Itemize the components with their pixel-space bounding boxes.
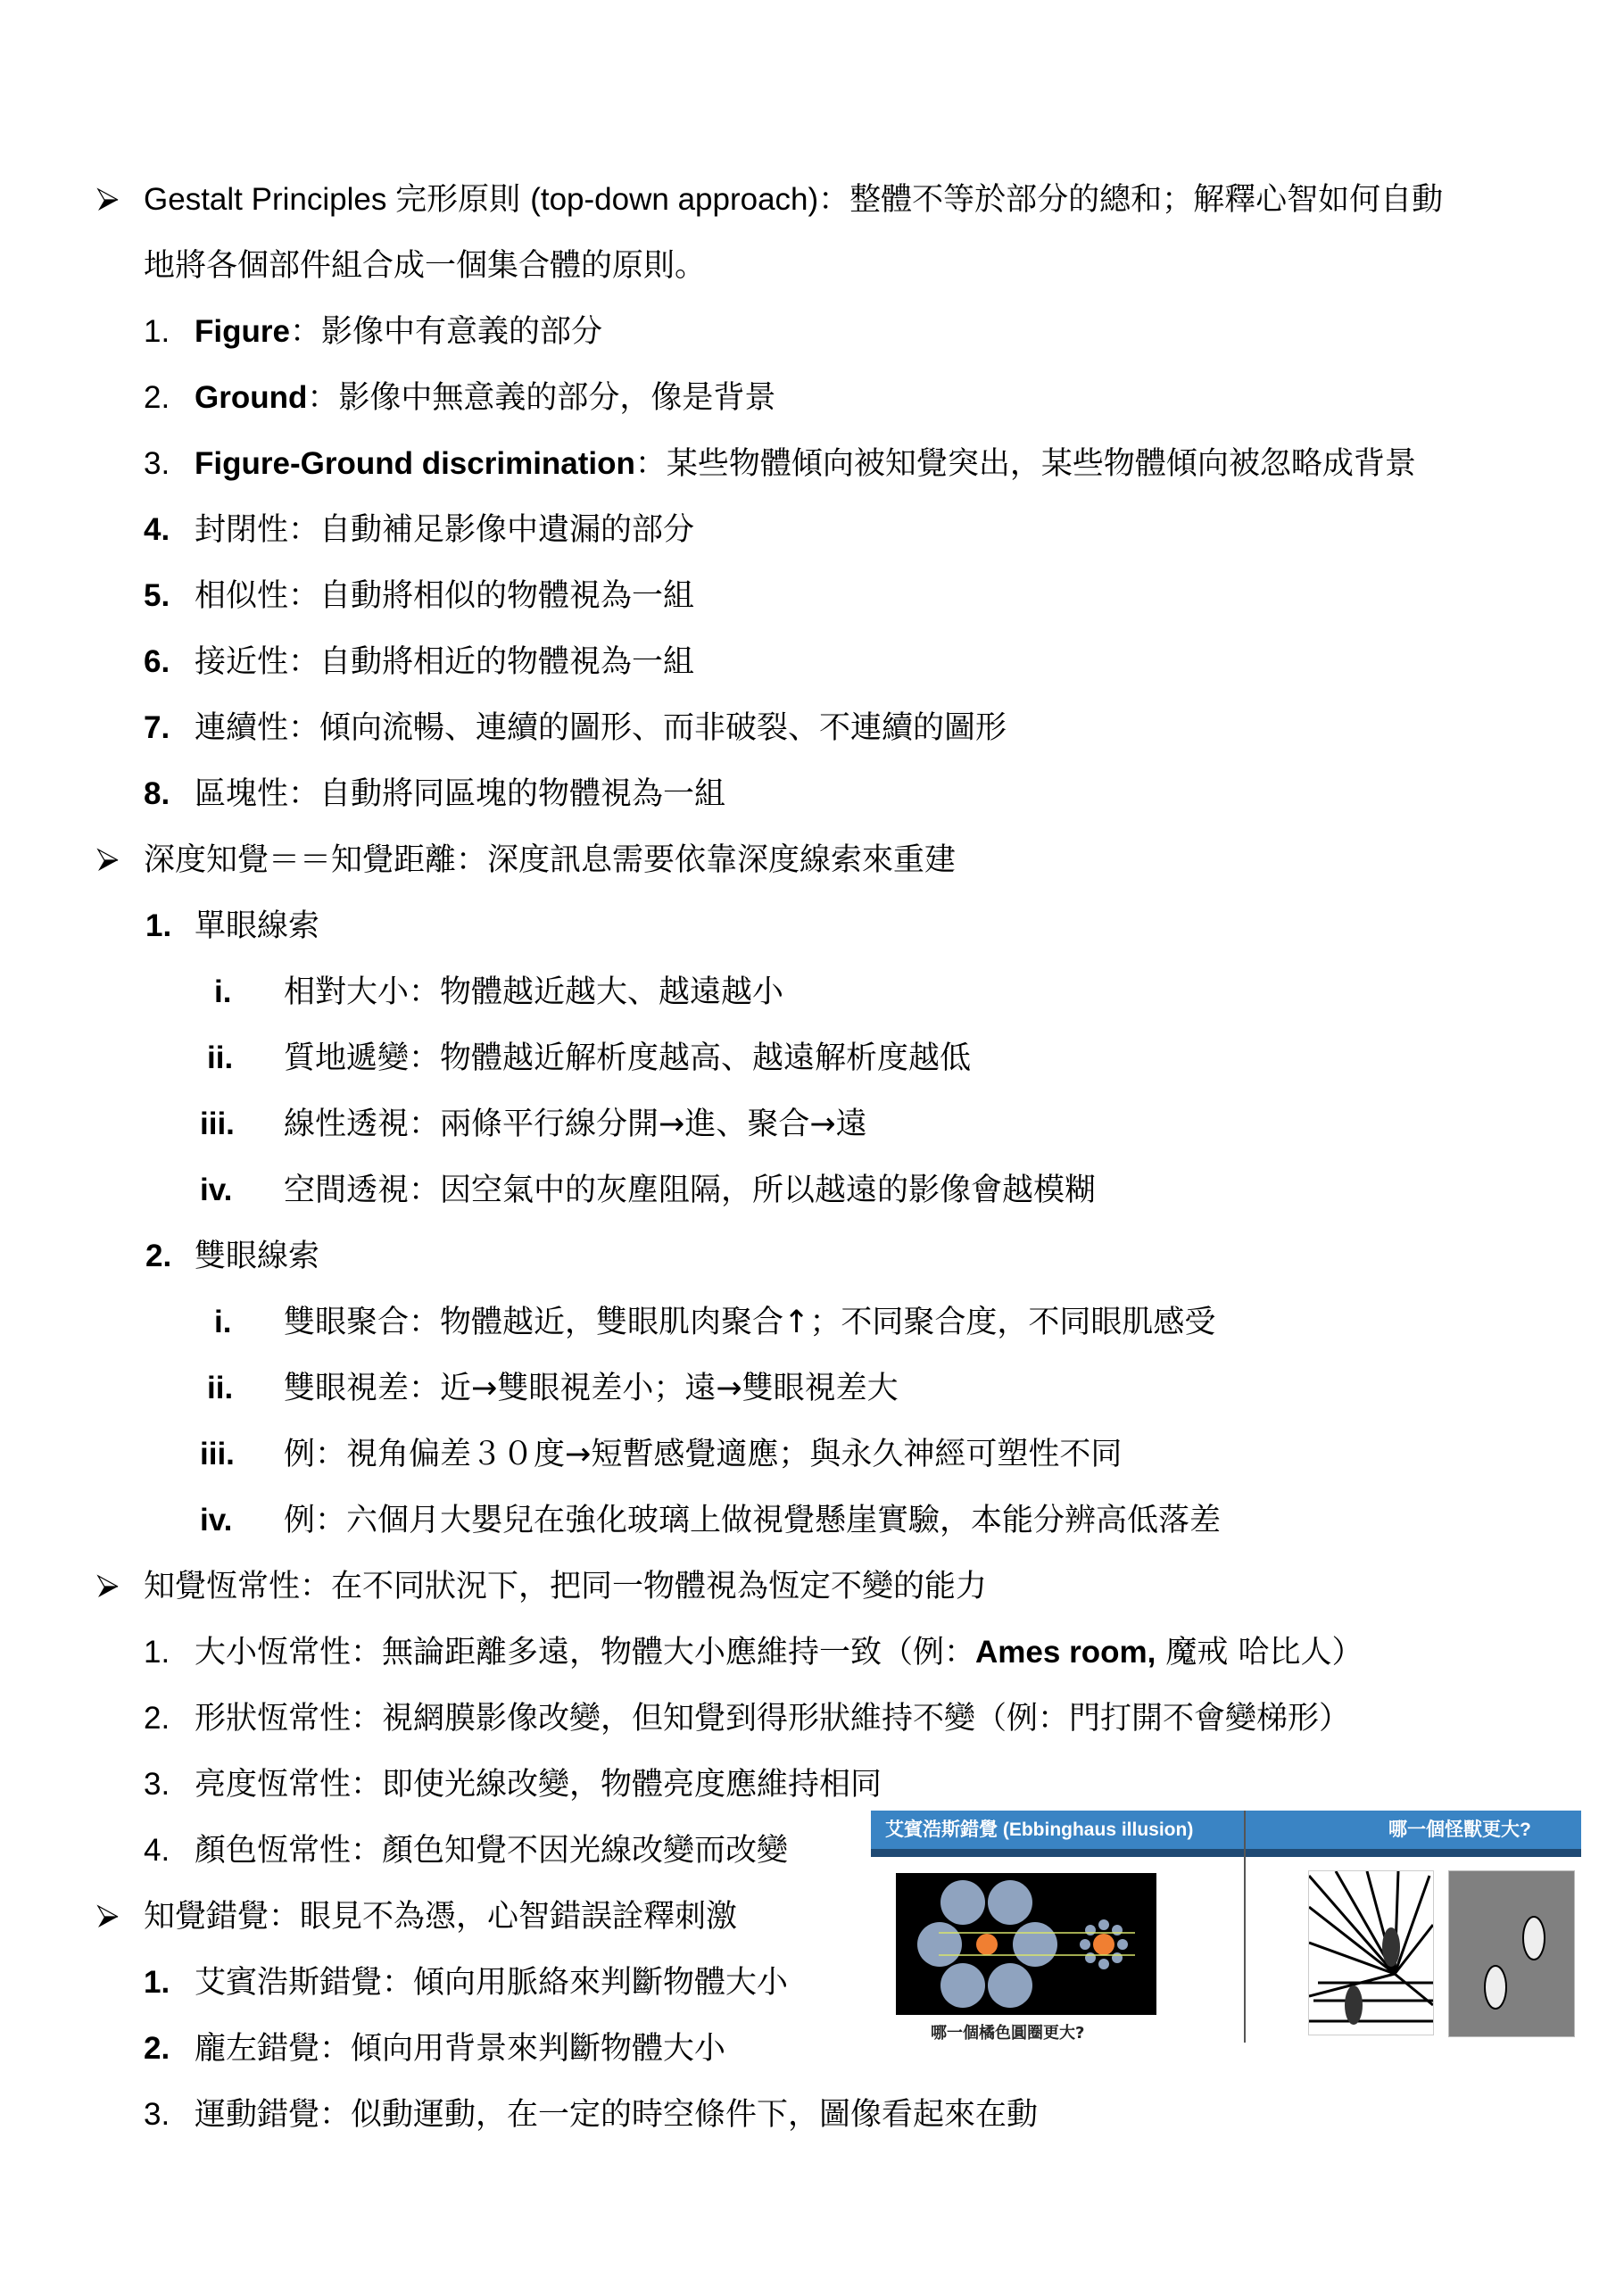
sub-number: ii. xyxy=(207,1369,233,1408)
sub-number: iv. xyxy=(200,1171,232,1210)
list-number: 2. xyxy=(144,1699,170,1738)
list-number: 3. xyxy=(144,2095,170,2134)
ebbinghaus-illusion-image xyxy=(896,1873,1156,2015)
list-item: Figure：影像中有意義的部分 xyxy=(195,312,602,352)
list-item: 顏色恆常性：顏色知覺不因光線改變而改變 xyxy=(195,1831,788,1870)
sub-item: 空間透視：因空氣中的灰塵阻隔，所以越遠的影像會越模糊 xyxy=(284,1171,1096,1210)
list-number: 3. xyxy=(144,444,170,484)
list-item: 連續性：傾向流暢、連續的圖形、而非破裂、不連續的圖形 xyxy=(195,709,1007,748)
ponzo-monster-corridor-image xyxy=(1308,1870,1434,2035)
group-label-monocular: 單眼線索 xyxy=(195,907,319,946)
list-item: 運動錯覺：似動運動，在一定的時空條件下，圖像看起來在動 xyxy=(195,2095,1038,2134)
sub-number: iii. xyxy=(200,1435,235,1474)
list-item: 相似性：自動將相似的物體視為一組 xyxy=(195,576,694,616)
group-label-binocular: 雙眼線索 xyxy=(195,1237,319,1276)
arrow-bullet-icon xyxy=(96,187,120,212)
arrow-bullet-icon xyxy=(96,848,120,873)
list-number: 8. xyxy=(144,775,170,814)
sub-number: ii. xyxy=(207,1039,233,1078)
sub-number: iv. xyxy=(200,1501,232,1540)
list-item: 形狀恆常性：視網膜影像改變，但知覺到得形狀維持不變（例：門打開不會變梯形） xyxy=(195,1699,1350,1738)
list-number: 7. xyxy=(144,709,170,748)
illusion-figure-panel: 艾賓浩斯錯覺 (Ebbinghaus illusion) 哪一個怪獸更大? xyxy=(871,1811,1581,2043)
group-number: 1. xyxy=(145,907,171,946)
list-number: 1. xyxy=(144,1963,170,2002)
sub-item: 雙眼視差：近→雙眼視差小；遠→雙眼視差大 xyxy=(284,1369,899,1408)
list-item: 龐左錯覺：傾向用背景來判斷物體大小 xyxy=(195,2029,725,2068)
panel-header-strip xyxy=(871,1849,1581,1857)
arrow-bullet-icon xyxy=(96,1904,120,1929)
list-item: 大小恆常性：無論距離多遠，物體大小應維持一致（例：Ames room, 魔戒 哈… xyxy=(195,1633,1363,1672)
list-number: 2. xyxy=(144,2029,170,2068)
sub-item: 雙眼聚合：物體越近，雙眼肌肉聚合↑；不同聚合度，不同眼肌感受 xyxy=(284,1303,1215,1342)
ebbinghaus-caption: 哪一個橘色圓圈更大? xyxy=(931,2020,1084,2043)
gestalt-heading-cont: 地將各個部件組合成一個集合體的原則。 xyxy=(144,246,706,286)
list-number: 6. xyxy=(144,642,170,682)
list-number: 5. xyxy=(144,576,170,616)
list-number: 1. xyxy=(144,1633,170,1672)
illusion-heading: 知覺錯覺：眼見不為憑，心智錯誤詮釋刺激 xyxy=(144,1897,737,1936)
list-item: 封閉性：自動補足影像中遺漏的部分 xyxy=(195,510,694,550)
ebbinghaus-title: 艾賓浩斯錯覺 (Ebbinghaus illusion) xyxy=(885,1811,1193,1849)
sub-item: 質地遞變：物體越近解析度越高、越遠解析度越低 xyxy=(284,1039,971,1078)
list-number: 4. xyxy=(144,510,170,550)
list-item: 亮度恆常性：即使光線改變，物體亮度應維持相同 xyxy=(195,1765,882,1804)
sub-number: i. xyxy=(214,1303,231,1342)
gestalt-heading: Gestalt Principles 完形原則 (top-down approa… xyxy=(144,180,1443,220)
constancy-heading: 知覺恆常性：在不同狀況下，把同一物體視為恆定不變的能力 xyxy=(144,1567,987,1606)
sub-item: 例：六個月大嬰兒在強化玻璃上做視覺懸崖實驗，本能分辨高低落差 xyxy=(284,1501,1221,1540)
sub-item: 相對大小：物體越近越大、越遠越小 xyxy=(284,973,783,1012)
list-item: 接近性：自動將相近的物體視為一組 xyxy=(195,642,694,682)
sub-item: 線性透視：兩條平行線分開→進、聚合→遠 xyxy=(284,1105,867,1144)
list-number: 2. xyxy=(144,378,170,418)
sub-number: iii. xyxy=(200,1105,235,1144)
list-item: 區塊性：自動將同區塊的物體視為一組 xyxy=(195,775,725,814)
list-item: 艾賓浩斯錯覺：傾向用脈絡來判斷物體大小 xyxy=(195,1963,788,2002)
depth-heading: 深度知覺＝＝知覺距離：深度訊息需要依靠深度線索來重建 xyxy=(144,841,956,880)
list-number: 1. xyxy=(144,312,170,352)
list-number: 4. xyxy=(144,1831,170,1870)
list-number: 3. xyxy=(144,1765,170,1804)
panel-divider xyxy=(1244,1811,1246,2043)
sub-number: i. xyxy=(214,973,231,1012)
list-item: Ground：影像中無意義的部分，像是背景 xyxy=(195,378,775,418)
group-number: 2. xyxy=(145,1237,171,1276)
ponzo-monster-plain-image xyxy=(1448,1870,1575,2037)
sub-item: 例：視角偏差３０度→短暫感覺適應；與永久神經可塑性不同 xyxy=(284,1435,1122,1474)
arrow-bullet-icon xyxy=(96,1574,120,1599)
list-item: Figure-Ground discrimination：某些物體傾向被知覺突出… xyxy=(195,444,1416,484)
monster-title: 哪一個怪獸更大? xyxy=(1388,1811,1531,1849)
